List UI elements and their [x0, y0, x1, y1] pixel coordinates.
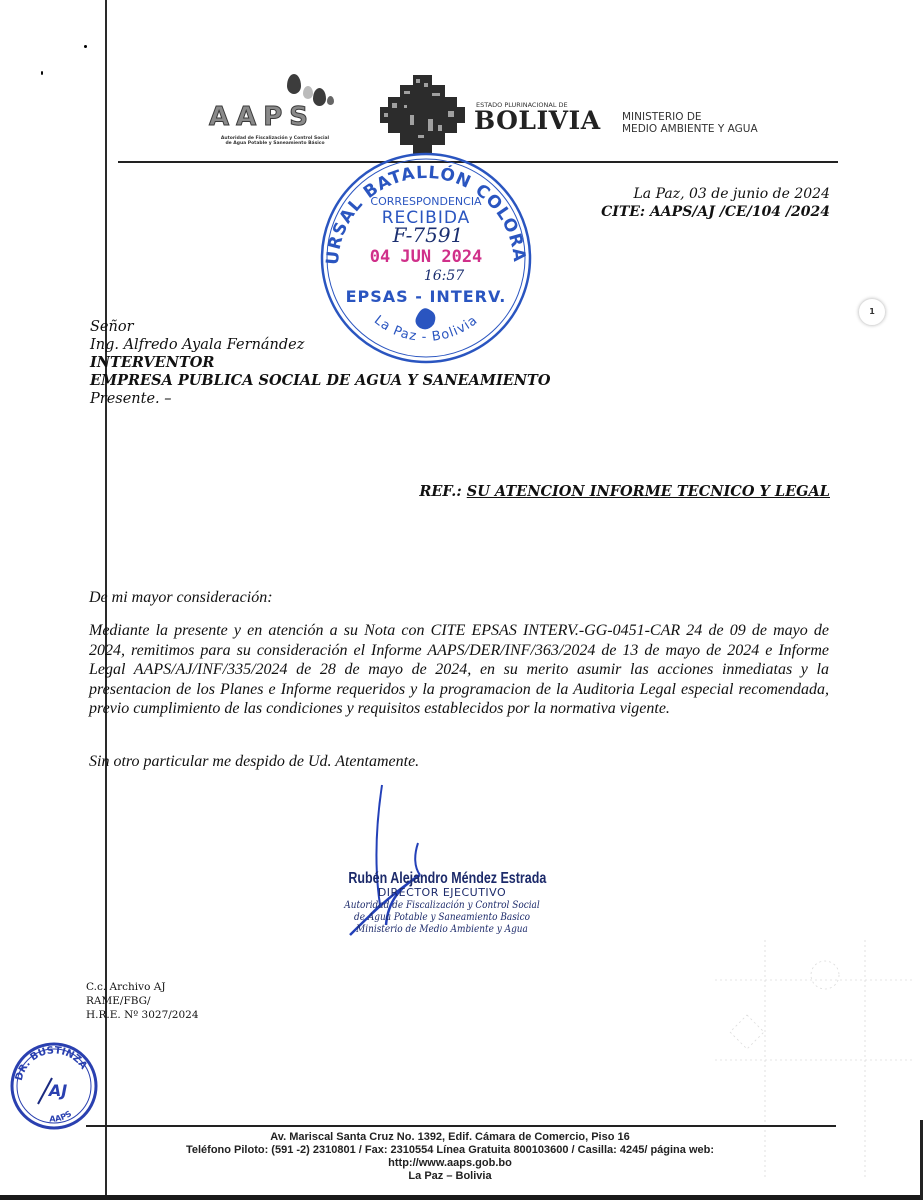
recipient-name: Ing. Alfredo Ayala Fernández [90, 336, 550, 354]
ref-label: REF.: [419, 483, 461, 500]
water-drop-icon [327, 96, 334, 105]
stamp-date: 04 JUN 2024 [370, 247, 483, 267]
closing-line: Sin otro particular me despido de Ud. At… [89, 753, 829, 771]
cc-initials: RAME/FBG/ [86, 994, 199, 1008]
aaps-letters: AAPS [209, 102, 315, 132]
stamp-office: EPSAS - INTERV. [346, 287, 507, 306]
footer-rule [86, 1125, 836, 1127]
footer: Av. Mariscal Santa Cruz No. 1392, Edif. … [130, 1131, 770, 1183]
recipient-salutation: Señor [90, 318, 550, 336]
svg-text:AAPS: AAPS [49, 1109, 73, 1124]
recipient-organization: EMPRESA PUBLICA SOCIAL DE AGUA Y SANEAMI… [90, 372, 550, 390]
stamp-correspondencia: CORRESPONDENCIA [370, 195, 482, 208]
signatory-line2: de Agua Potable y Saneamiento Basico [340, 911, 544, 923]
ministry-line1: MINISTERIO DE [622, 111, 758, 123]
stamp-handwritten-number: F-7591 [392, 223, 464, 247]
greeting: De mi mayor consideración: [89, 589, 829, 607]
water-drop-icon [303, 86, 313, 99]
chakana-cross-icon [380, 75, 465, 155]
bolivia-wordmark: BOLIVIA [474, 106, 601, 135]
cc-hre: H.R.E. Nº 3027/2024 [86, 1008, 199, 1022]
stamp-handwritten-time: 16:57 [424, 268, 464, 284]
footer-phones: Teléfono Piloto: (591 -2) 2310801 / Fax:… [130, 1144, 770, 1157]
ref-subject: SU ATENCION INFORME TECNICO Y LEGAL [467, 483, 830, 500]
footer-website[interactable]: http://www.aaps.gob.bo [130, 1157, 770, 1170]
place-date: La Paz, 03 de junio de 2024 [633, 186, 830, 202]
signatory-line1: Autoridad de Fiscalización y Control Soc… [340, 899, 544, 911]
page-number-badge: 1 [858, 298, 886, 326]
ministry-label: MINISTERIO DE MEDIO AMBIENTE Y AGUA [622, 111, 758, 135]
scan-speck [41, 71, 43, 75]
footer-address: Av. Mariscal Santa Cruz No. 1392, Edif. … [130, 1131, 770, 1144]
scan-speck [84, 45, 87, 48]
signatory-line3: Ministerio de Medio Ambiente y Agua [340, 923, 544, 935]
reference-line: REF.: SU ATENCION INFORME TECNICO Y LEGA… [419, 483, 830, 500]
footer-city: La Paz – Bolivia [130, 1170, 770, 1183]
bottom-edge [0, 1195, 923, 1200]
recipient-block: Señor Ing. Alfredo Ayala Fernández INTER… [90, 318, 550, 408]
legal-stamp: DR. BUSTINZA AAPS AJ [8, 1040, 100, 1132]
signature-block: Rubén Alejandro Méndez Estrada DIRECTOR … [322, 870, 562, 935]
cc-archive: C.c. Archivo AJ [86, 980, 199, 994]
ministry-line2: MEDIO AMBIENTE Y AGUA [622, 123, 758, 135]
aaps-subtitle: Autoridad de Fiscalización y Control Soc… [205, 136, 345, 146]
aaps-subtitle-line2: de Agua Potable y Saneamiento Básico [205, 141, 345, 146]
copies-block: C.c. Archivo AJ RAME/FBG/ H.R.E. Nº 3027… [86, 980, 199, 1022]
cite-reference: CITE: AAPS/AJ /CE/104 /2024 [601, 204, 830, 220]
aaps-logo: AAPS Autoridad de Fiscalización y Contro… [205, 72, 345, 152]
water-drop-icon [287, 74, 301, 94]
signatory-name: Rubén Alejandro Méndez Estrada [348, 870, 535, 888]
body-paragraph: Mediante la presente y en atención a su … [89, 621, 829, 719]
recipient-presente: Presente. – [90, 390, 550, 408]
recipient-title: INTERVENTOR [90, 354, 550, 372]
legal-stamp-bottom: AAPS [49, 1109, 73, 1124]
